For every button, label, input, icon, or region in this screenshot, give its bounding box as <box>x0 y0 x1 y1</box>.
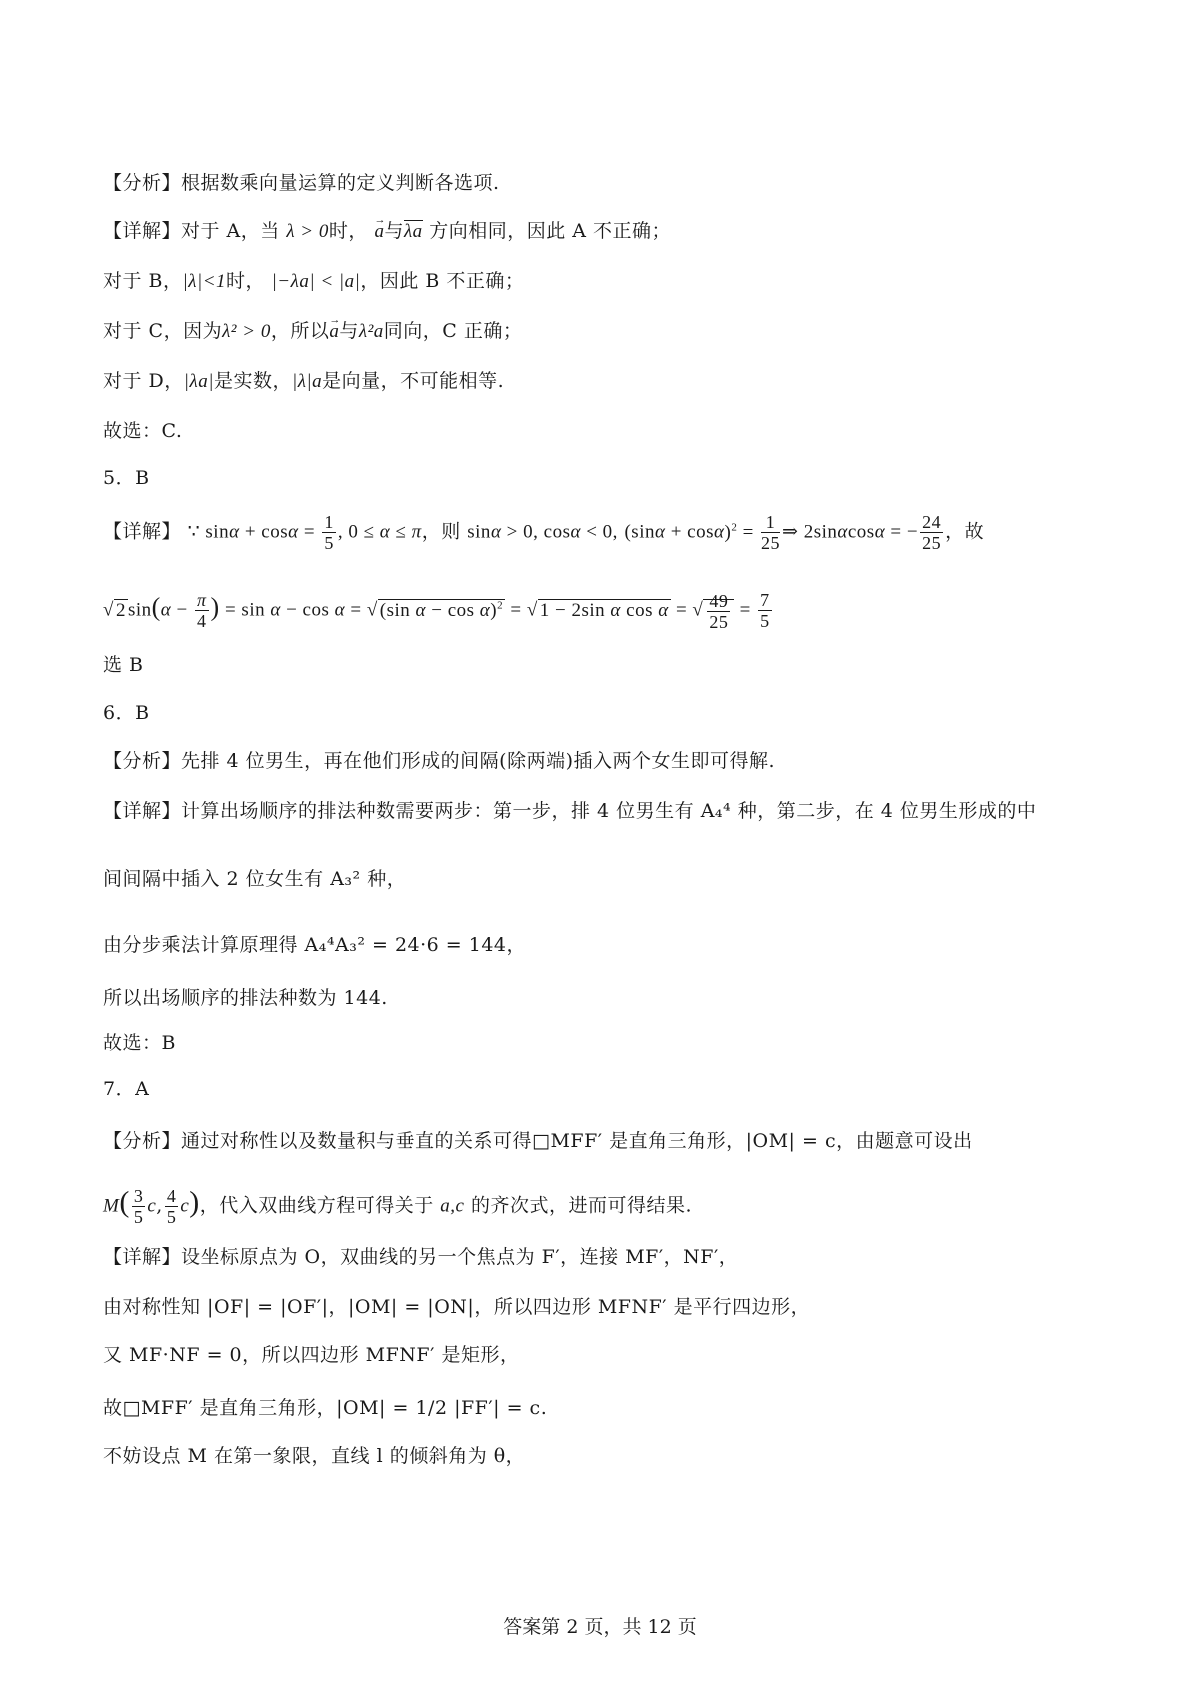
q4-a-mid1: 时， <box>329 220 368 242</box>
q7-detail-5: 不妨设点 M 在第一象限，直线 l 的倾斜角为 θ， <box>103 1443 525 1469</box>
q4-c-vector: a <box>329 319 339 345</box>
q4-a-vector: a <box>374 219 384 245</box>
page-footer: 答案第 2 页，共 12 页 <box>0 1612 1200 1639</box>
q4-a-mid2: 与 <box>384 220 404 242</box>
q7-heading: 7．A <box>103 1076 149 1102</box>
q4-b-suffix: ，因此 B 不正确； <box>360 270 524 292</box>
q4-c-suffix: 同向，C 正确； <box>384 320 523 342</box>
q4-a-suffix: 方向相同，因此 A 不正确； <box>429 220 671 242</box>
q4-b-inequality: |−λa| < |a| <box>272 271 361 292</box>
q6-answer: 故选：B <box>103 1030 176 1056</box>
q4-d-expr2: |λ|a <box>292 371 322 392</box>
q4-b-cond: |λ|<1 <box>183 271 227 292</box>
q4-d-suffix: 是向量，不可能相等. <box>322 370 504 392</box>
q6-detail-2: 间间隔中插入 2 位女生有 A₃² 种， <box>103 866 406 892</box>
q4-analysis: 【分析】根据数乘向量运算的定义判断各选项. <box>103 170 500 196</box>
q4-detail-d: 对于 D，|λa|是实数，|λ|a是向量，不可能相等. <box>103 368 504 395</box>
q4-a-lambda-vector: λa <box>404 220 423 242</box>
q5-detail-line1: 【详解】 ∵ sinα + cosα = 15, 0 ≤ α ≤ π，则 sin… <box>103 512 984 553</box>
q4-a-cond: λ > 0 <box>286 221 329 242</box>
q4-detail-b: 对于 B，|λ|<1时， |−λa| < |a|，因此 B 不正确； <box>103 268 524 295</box>
q7-detail-4: 故□MFF′ 是直角三角形，|OM| = 1/2 |FF′| = c. <box>103 1395 547 1421</box>
q4-c-mid1: ，所以 <box>271 320 330 342</box>
q4-c-prefix: 对于 C，因为 <box>103 320 222 342</box>
q4-c-cond: λ² > 0 <box>222 321 271 342</box>
q6-detail-4: 所以出场顺序的排法种数为 144. <box>103 985 388 1011</box>
q5-answer: 选 B <box>103 652 144 678</box>
q4-c-lambda-sq-vector: λ²a <box>359 321 384 342</box>
q7-analysis-2: M(35c,45c)，代入双曲线方程可得关于 a,c 的齐次式，进而可得结果. <box>103 1186 692 1227</box>
q6-detail-1: 【详解】计算出场顺序的排法种数需要两步：第一步，排 4 位男生有 A₄⁴ 种，第… <box>103 798 1036 824</box>
q4-a-prefix: 【详解】对于 A，当 <box>103 220 280 242</box>
q4-answer: 故选：C. <box>103 418 182 444</box>
q6-detail-3: 由分步乘法计算原理得 A₄⁴A₃² = 24·6 = 144， <box>103 932 526 958</box>
q5-heading: 5．B <box>103 465 150 491</box>
q4-b-prefix: 对于 B， <box>103 270 183 292</box>
q7-detail-2: 由对称性知 |OF| = |OF′|，|OM| = |ON|，所以四边形 MFN… <box>103 1294 810 1320</box>
q4-d-mid: 是实数， <box>214 370 292 392</box>
q4-d-expr1: |λa| <box>184 371 214 392</box>
answer-page: 【分析】根据数乘向量运算的定义判断各选项. 【详解】对于 A，当 λ > 0时，… <box>0 0 1200 1698</box>
q4-d-prefix: 对于 D， <box>103 370 184 392</box>
q4-detail-c: 对于 C，因为λ² > 0，所以a与λ²a同向，C 正确； <box>103 318 522 345</box>
q4-b-mid: 时， <box>226 270 265 292</box>
q5-detail-prefix: 【详解】 <box>103 521 181 543</box>
q4-c-mid2: 与 <box>339 320 359 342</box>
q6-analysis: 【分析】先排 4 位男生，再在他们形成的间隔(除两端)插入两个女生即可得解. <box>103 748 775 774</box>
q6-heading: 6．B <box>103 700 150 726</box>
q7-detail-3: 又 MF·NF = 0，所以四边形 MFNF′ 是矩形， <box>103 1342 519 1368</box>
q4-detail-a: 【详解】对于 A，当 λ > 0时， a与λa 方向相同，因此 A 不正确； <box>103 218 671 245</box>
q5-detail-line2: √2sin(α − π4) = sin α − cos α = √(sin α … <box>103 590 774 632</box>
q7-analysis-1: 【分析】通过对称性以及数量积与垂直的关系可得□MFF′ 是直角三角形，|OM| … <box>103 1128 973 1154</box>
q7-detail-1: 【详解】设坐标原点为 O，双曲线的另一个焦点为 F′，连接 MF′，NF′， <box>103 1244 738 1270</box>
